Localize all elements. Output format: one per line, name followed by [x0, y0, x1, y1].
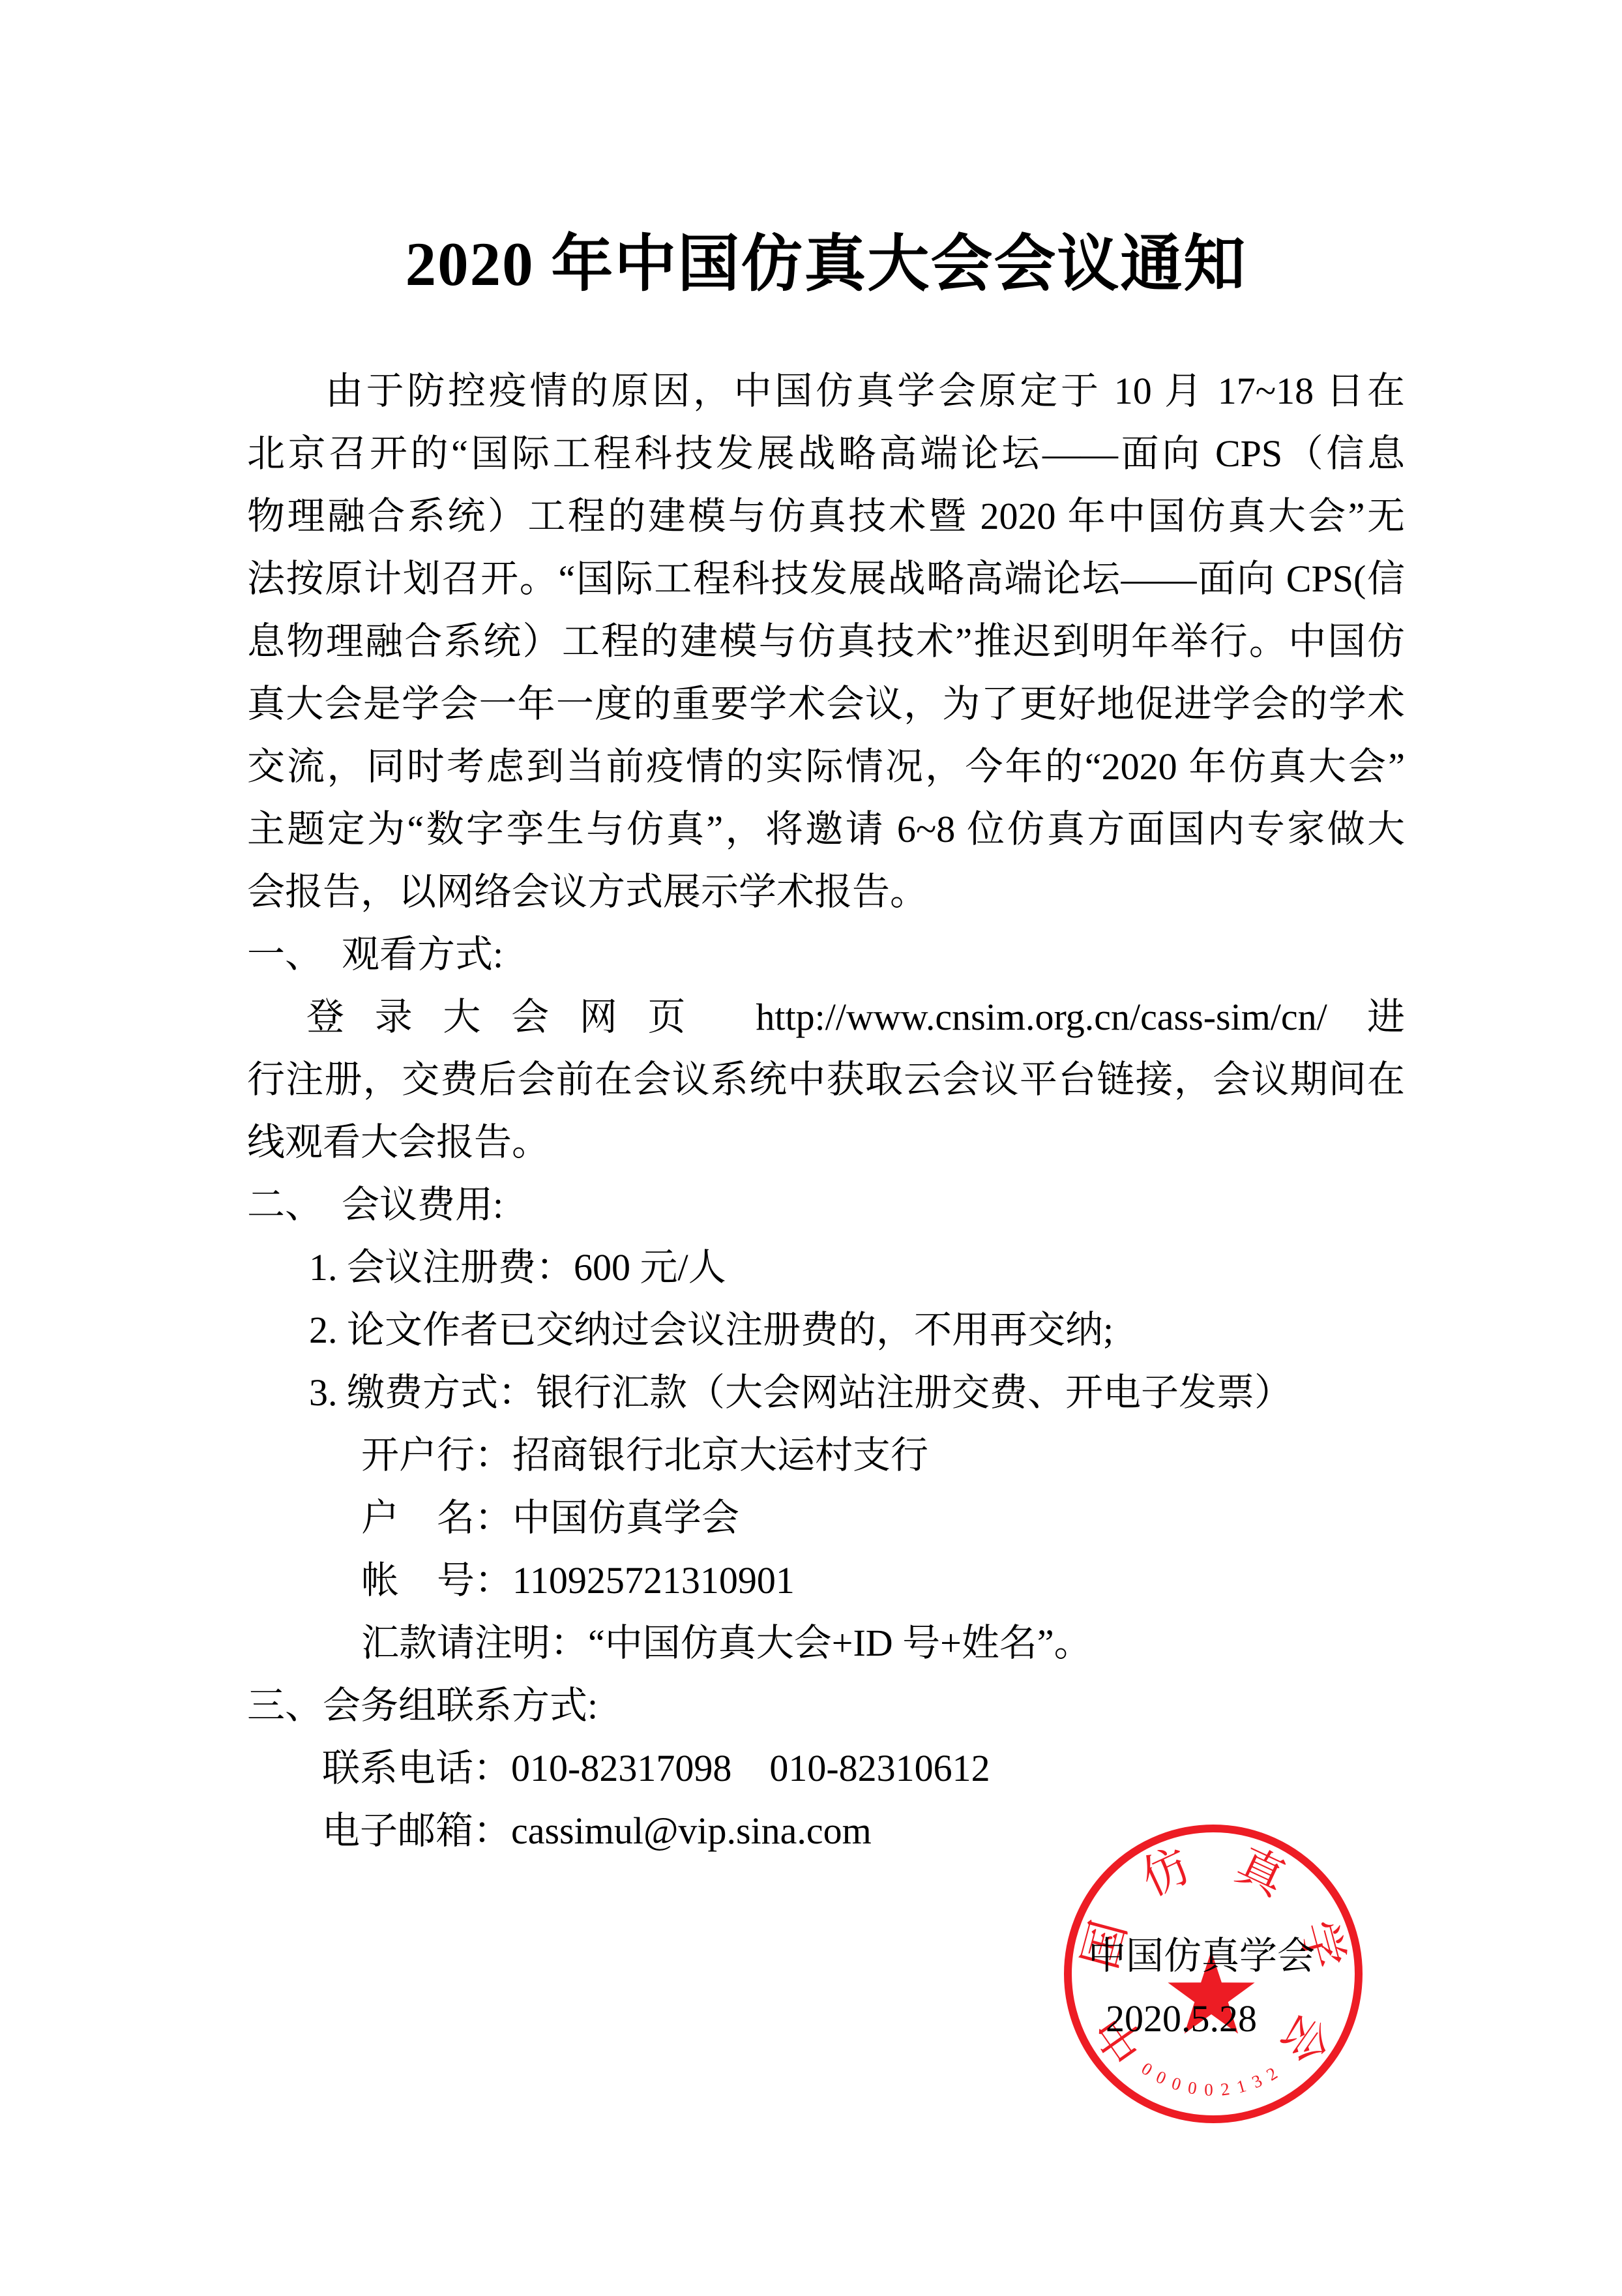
doc-line: 线观看大会报告。	[247, 1111, 1405, 1174]
doc-line: 电子邮箱：cassimul@vip.sina.com	[247, 1800, 1405, 1862]
doc-line: 联系电话：010-82317098 010-82310612	[247, 1737, 1405, 1800]
doc-line: 主题定为“数字孪生与仿真”，将邀请 6~8 位仿真方面国内专家做大	[247, 798, 1405, 861]
doc-line: 交流，同时考虑到当前疫情的实际情况，今年的“2020 年仿真大会”	[247, 736, 1405, 798]
doc-line: 开户行：招商银行北京大运村支行	[247, 1424, 1405, 1487]
doc-line: 户 名：中国仿真学会	[247, 1487, 1405, 1549]
doc-line: 由于防控疫情的原因，中国仿真学会原定于 10 月 17~18 日在	[247, 360, 1405, 423]
doc-line: 汇款请注明：“中国仿真大会+ID 号+姓名”。	[247, 1612, 1405, 1675]
doc-line: 二、 会议费用:	[247, 1174, 1405, 1236]
doc-line: 息物理融合系统）工程的建模与仿真技术”推迟到明年举行。中国仿	[247, 610, 1405, 673]
doc-line: 1. 会议注册费：600 元/人	[247, 1236, 1405, 1299]
document-lines: 由于防控疫情的原因，中国仿真学会原定于 10 月 17~18 日在北京召开的“国…	[247, 360, 1405, 2050]
doc-line: 3. 缴费方式：银行汇款（大会网站注册交费、开电子发票）	[247, 1362, 1405, 1424]
document-title: 2020 年中国仿真大会会议通知	[247, 227, 1405, 301]
doc-line: 帐 号：110925721310901	[247, 1549, 1405, 1612]
doc-line: 会报告，以网络会议方式展示学术报告。	[247, 861, 1405, 923]
doc-line: 登录大会网页 http://www.cnsim.org.cn/cass-sim/…	[247, 986, 1405, 1049]
doc-line	[247, 1862, 1405, 1925]
doc-line: 北京召开的“国际工程科技发展战略高端论坛——面向 CPS（信息	[247, 423, 1405, 485]
doc-line: 物理融合系统）工程的建模与仿真技术暨 2020 年中国仿真大会”无	[247, 485, 1405, 548]
signature-org-line: 中国仿真学会	[247, 1925, 1405, 1988]
document-body: 2020 年中国仿真大会会议通知 由于防控疫情的原因，中国仿真学会原定于 10 …	[0, 0, 1622, 2050]
doc-line: 法按原计划召开。“国际工程科技发展战略高端论坛——面向 CPS(信	[247, 548, 1405, 610]
doc-line: 2. 论文作者已交纳过会议注册费的，不用再交纳;	[247, 1299, 1405, 1362]
doc-line: 三、会务组联系方式:	[247, 1675, 1405, 1737]
doc-line: 一、 观看方式:	[247, 923, 1405, 986]
doc-line: 真大会是学会一年一度的重要学术会议，为了更好地促进学会的学术	[247, 673, 1405, 736]
doc-line: 行注册，交费后会前在会议系统中获取云会议平台链接，会议期间在	[247, 1049, 1405, 1111]
document-page: { "title": "2020 年中国仿真大会会议通知", "content"…	[0, 0, 1622, 2296]
signature-date-line: 2020.5.28	[247, 1988, 1405, 2050]
